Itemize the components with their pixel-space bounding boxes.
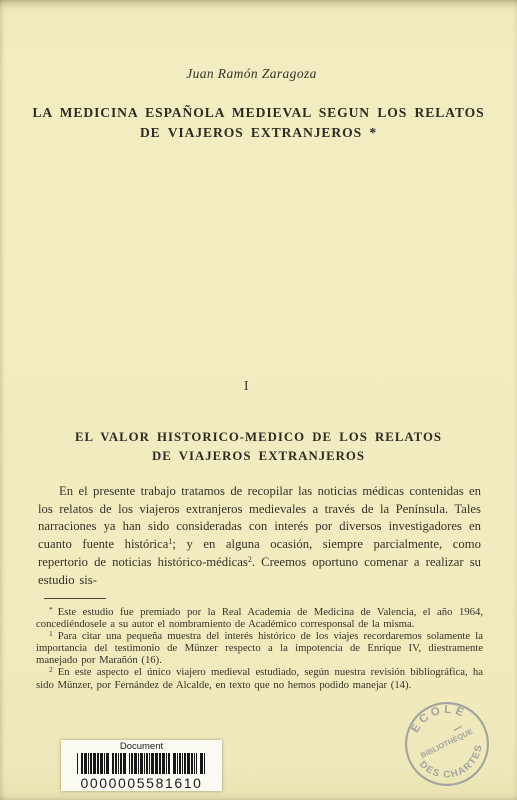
- library-stamp-graphic: ECOLE DES CHARTES BIBLIOTHÈQUE: [392, 689, 503, 800]
- title-line-2: DE VIAJEROS EXTRANJEROS *: [140, 125, 377, 140]
- footnote-text: Este estudio fue premiado por la Real Ac…: [36, 606, 483, 630]
- barcode-label: Document 0000005581610: [61, 740, 222, 791]
- footnote-divider: [44, 598, 106, 599]
- footnote-text: Para citar una pequeña muestra del inter…: [36, 630, 483, 666]
- heading-line-1: EL VALOR HISTORICO-MEDICO DE LOS RELATOS: [75, 430, 442, 444]
- footnote-text: En este aspecto el único viajero medieva…: [36, 666, 483, 690]
- body-paragraph: En el presente trabajo tratamos de recop…: [38, 483, 481, 589]
- author-name: Juan Ramón Zaragoza: [0, 66, 503, 82]
- stamp-middle-text: BIBLIOTHÈQUE: [419, 727, 474, 760]
- title-line-1: LA MEDICINA ESPAÑOLA MEDIEVAL SEGUN LOS …: [32, 105, 484, 120]
- barcode-bars: [77, 753, 206, 774]
- heading-line-2: DE VIAJEROS EXTRANJEROS: [152, 449, 365, 463]
- footnote-2: 2En este aspecto el único viajero mediev…: [36, 666, 483, 690]
- section-heading: EL VALOR HISTORICO-MEDICO DE LOS RELATOS…: [0, 428, 517, 466]
- article-title: LA MEDICINA ESPAÑOLA MEDIEVAL SEGUN LOS …: [0, 103, 517, 143]
- scanned-page: Juan Ramón Zaragoza LA MEDICINA ESPAÑOLA…: [0, 0, 517, 800]
- library-stamp: ECOLE DES CHARTES BIBLIOTHÈQUE: [392, 689, 503, 800]
- footnote-marker: 1: [49, 629, 53, 638]
- footnote-marker: 2: [49, 665, 53, 674]
- footnote-asterisk: *Este estudio fue premiado por la Real A…: [36, 606, 483, 630]
- footnote-1: 1Para citar una pequeña muestra del inte…: [36, 630, 483, 666]
- section-number: I: [0, 378, 493, 394]
- footnote-marker: *: [49, 605, 53, 614]
- footnotes-block: *Este estudio fue premiado por la Real A…: [36, 606, 483, 691]
- stamp-ink-mark: [453, 726, 462, 730]
- barcode-title: Document: [120, 741, 163, 752]
- barcode-number: 0000005581610: [80, 775, 202, 791]
